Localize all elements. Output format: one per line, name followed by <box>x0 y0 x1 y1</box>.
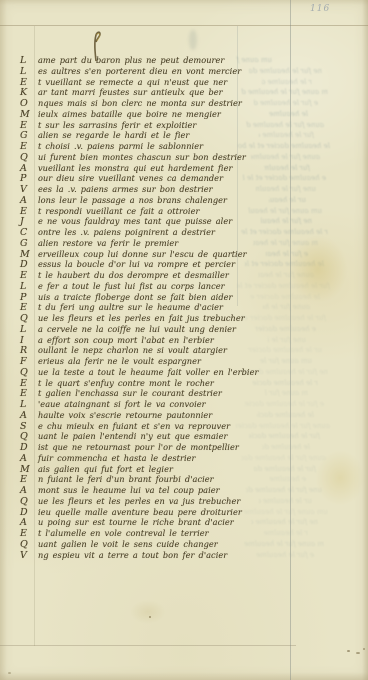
line-text: e chu mieulx en fuiant et s'en va reprou… <box>38 421 230 432</box>
verse-line: Ferieus ala ferir ne le voult espargner <box>0 356 300 367</box>
verse-line: Pour dieu sire vueillant venes ca demand… <box>0 173 300 184</box>
verse-line: Mieulx aimes bataille que boire ne mengi… <box>0 109 300 120</box>
verse-line: Et galien l'enchassa sur le courant dest… <box>0 388 300 399</box>
line-text: ue la teste a tout le heaume fait voller… <box>38 367 258 378</box>
line-text: t du feri ung aultre sur le heaume d'aci… <box>38 302 223 313</box>
line-text: t le haubert du dos derompre et desmaill… <box>38 270 229 281</box>
verse-line: Galien se regarde le hardi et le fier <box>0 130 300 141</box>
line-text: alien restore va ferir le premier <box>38 238 178 249</box>
ruling-line-top <box>0 25 368 26</box>
verse-line: Et vueillant se remecte a qui n'eust que… <box>0 77 300 88</box>
line-text: e fer a tout le fust lui fist au corps l… <box>38 281 225 292</box>
parchment-stain <box>315 450 365 506</box>
verse-line: Avueillant les monstra qui eut hardement… <box>0 163 300 174</box>
parchment-stain <box>130 600 166 624</box>
verse-line: La cervele ne la coiffe ne lui vault ung… <box>0 324 300 335</box>
line-initial: V <box>20 551 38 562</box>
verse-line: Galien restore va ferir le premier <box>0 238 300 249</box>
line-text: ar tant marri feustes sur antieulx que b… <box>38 87 223 98</box>
verse-line: Ia effort son coup mort l'abat en l'erbi… <box>0 335 300 346</box>
verse-line: Onques mais si bon clerc ne monta sur de… <box>0 98 300 109</box>
ink-speck <box>347 650 350 652</box>
line-text: t sur les sarrasins ferir et exploitier <box>38 120 196 131</box>
line-text: alien se regarde le hardi et le fier <box>38 130 189 141</box>
line-text: uis a traicte floberge dont se fait bien… <box>38 292 232 303</box>
ink-speck <box>363 648 365 650</box>
verse-line: Dieu quelle malle aventure beau pere dro… <box>0 507 300 518</box>
verse-line: Et sur les sarrasins ferir et exploitier <box>0 120 300 131</box>
line-text: t vueillant se remecte a qui n'eust que … <box>38 77 227 88</box>
line-text: vueillant les monstra qui eut hardement … <box>38 163 232 174</box>
verse-line: Contre les .v. paiens poignirent a destr… <box>0 227 300 238</box>
line-text: erieus ala ferir ne le voult espargner <box>38 356 201 367</box>
verse-line: Lame part du baron plus ne peut demourer <box>0 55 300 66</box>
verse-line: Kar tant marri feustes sur antieulx que … <box>0 87 300 98</box>
verse-line: Et le quart s'enfuy contre mont le roche… <box>0 378 300 389</box>
verse-line: Que les fleurs et les perles en fait jus… <box>0 313 300 324</box>
verse-line: Quant le paien l'entendi n'y eut que esm… <box>0 431 300 442</box>
verse-line: Je ne vous fauldray mes tant que puisse … <box>0 216 300 227</box>
line-text: lons leur le passage a nos brans chaleng… <box>38 195 227 206</box>
verse-line: Amont sus le heaume lui va tel coup paie… <box>0 485 300 496</box>
verse-line: Puis a traicte floberge dont se fait bie… <box>0 292 300 303</box>
line-text: ue les fleurs et les perles en va jus tr… <box>38 496 240 507</box>
verse-line: Les aultres s'en porterent dieu en vont … <box>0 66 300 77</box>
line-text: t l'alumelle en vole contreval le terrie… <box>38 528 209 539</box>
verse-line: L'eaue ataingnant si fort le va convoier <box>0 399 300 410</box>
line-text: t le quart s'enfuy contre mont le rocher <box>38 378 214 389</box>
verse-line: Que les fleurs et les perles en va jus t… <box>0 496 300 507</box>
line-text: 'eaue ataingnant si fort le va convoier <box>38 399 206 410</box>
verse-line: Et l'alumelle en vole contreval le terri… <box>0 528 300 539</box>
verse-line: Au poing sur est tourne le riche brant d… <box>0 517 300 528</box>
line-text: essus la boucle d'or lui va rompre et pe… <box>38 259 235 270</box>
verse-line: Merveilleux coup lui donne sur l'escu de… <box>0 249 300 260</box>
verse-line: Vng espieu vit a terre a tout bon fer d'… <box>0 550 300 561</box>
line-text: t respondi vueillant ce fait a ottroier <box>38 206 199 217</box>
line-text: ieu quelle malle aventure beau pere droi… <box>38 507 242 518</box>
line-text: a cervele ne la coiffe ne lui vault ung … <box>38 324 236 335</box>
ink-speck <box>8 672 11 674</box>
line-text: ees la .v. paiens armes sur bon destrier <box>38 184 213 195</box>
manuscript-page: 116 um aune fur le heaulme dacier et le … <box>0 0 368 680</box>
line-text: n fuiant le feri d'un brant fourbi d'aci… <box>38 474 214 485</box>
verse-line: Qui furent bien montes chascun sur bon d… <box>0 152 300 163</box>
line-text: erveilleux coup lui donne sur l'escu de … <box>38 249 247 260</box>
ink-smudge <box>189 30 197 50</box>
verse-line: Se chu mieulx en fuiant et s'en va repro… <box>0 421 300 432</box>
verse-line: Ahaulte voix s'escrie retourne pautonnie… <box>0 410 300 421</box>
ink-speck <box>149 616 151 618</box>
line-text: uant le paien l'entendi n'y eut que esma… <box>38 431 227 442</box>
verse-line: Et le haubert du dos derompre et desmail… <box>0 270 300 281</box>
verse-line: Afuir commencha et hasta le destrier <box>0 453 300 464</box>
verse-text-block: Lame part du baron plus ne peut demourer… <box>0 55 300 560</box>
verse-line: Et respondi vueillant ce fait a ottroier <box>0 206 300 217</box>
verse-line: Et du feri ung aultre sur le heaume d'ac… <box>0 302 300 313</box>
line-text: t galien l'enchassa sur le courant destr… <box>38 388 222 399</box>
verse-line: Le fer a tout le fust lui fist au corps … <box>0 281 300 292</box>
line-text: ui furent bien montes chascun sur bon de… <box>38 152 246 163</box>
line-text: es aultres s'en porterent dieu en vont m… <box>38 66 241 77</box>
line-text: ue les fleurs et les perles en fait jus … <box>38 313 245 324</box>
line-text: haulte voix s'escrie retourne pautonnier <box>38 410 212 421</box>
verse-line: Et choisi .v. paiens parmi le sablonnier <box>0 141 300 152</box>
line-text: oullant le nepz charlon ne si voult atar… <box>38 345 227 356</box>
line-text: ng espieu vit a terre a tout bon fer d'a… <box>38 550 227 561</box>
verse-line: Alons leur le passage a nos brans chalen… <box>0 195 300 206</box>
verse-line: Que la teste a tout le heaume fait volle… <box>0 367 300 378</box>
line-text: ais galien qui fut fort et legier <box>38 464 173 475</box>
line-text: e ne vous fauldray mes tant que puisse a… <box>38 216 232 227</box>
line-text: fuir commencha et hasta le destrier <box>38 453 196 464</box>
line-text: nques mais si bon clerc ne monta sur des… <box>38 98 242 109</box>
verse-line: En fuiant le feri d'un brant fourbi d'ac… <box>0 474 300 485</box>
verse-line: Roullant le nepz charlon ne si voult ata… <box>0 345 300 356</box>
line-text: ieulx aimes bataille que boire ne mengie… <box>38 109 221 120</box>
line-text: ame part du baron plus ne peut demourer <box>38 55 224 66</box>
line-text: u poing sur est tourne le riche brant d'… <box>38 517 234 528</box>
verse-line: Mais galien qui fut fort et legier <box>0 464 300 475</box>
folio-number: 116 <box>310 4 330 14</box>
ruling-line-bottom <box>0 645 296 646</box>
line-text: a effort son coup mort l'abat en l'erbie… <box>38 335 214 346</box>
ink-speck <box>356 652 360 654</box>
verse-line: Vees la .v. paiens armes sur bon destrie… <box>0 184 300 195</box>
line-text: uant galien le voit le sens cuide change… <box>38 539 218 550</box>
line-text: mont sus le heaume lui va tel coup paier <box>38 485 220 496</box>
verse-line: Dist que ne retournast pour l'or de mont… <box>0 442 300 453</box>
line-text: ist que ne retournast pour l'or de montp… <box>38 442 239 453</box>
line-text: t choisi .v. paiens parmi le sablonnier <box>38 141 203 152</box>
line-text: ontre les .v. paiens poignirent a destri… <box>38 227 215 238</box>
verse-line: Quant galien le voit le sens cuide chang… <box>0 539 300 550</box>
verse-line: Dessus la boucle d'or lui va rompre et p… <box>0 259 300 270</box>
line-text: our dieu sire vueillant venes ca demande… <box>38 173 223 184</box>
